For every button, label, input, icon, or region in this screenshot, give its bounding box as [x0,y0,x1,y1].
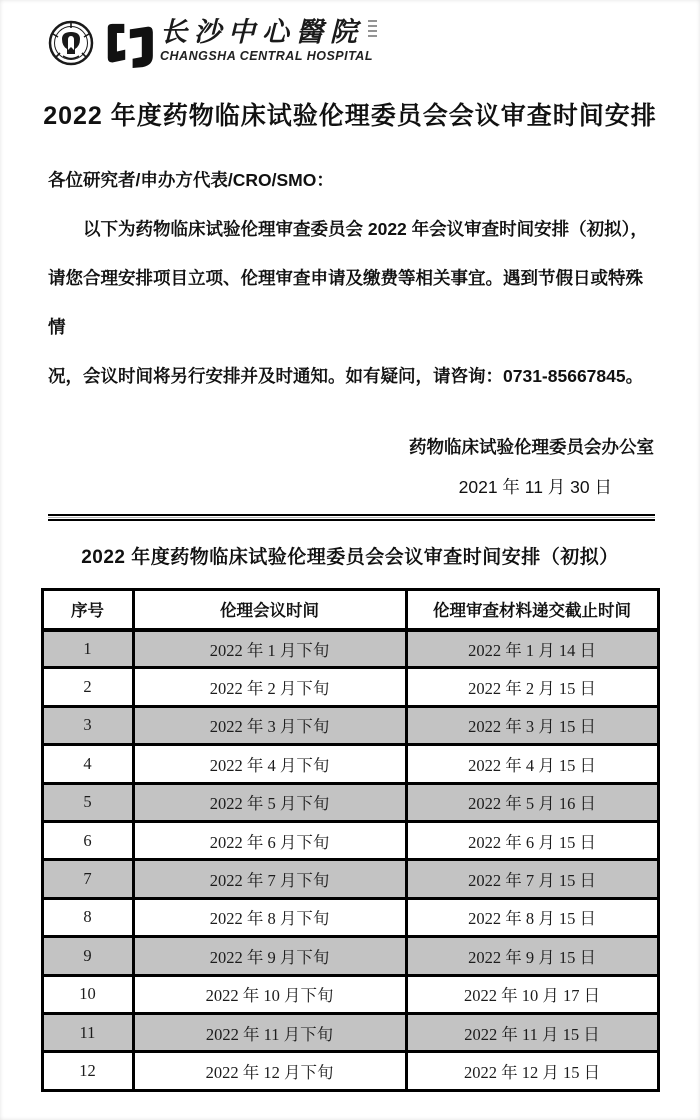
schedule-table-body: 12022 年 1 月下旬2022 年 1 月 14 日22022 年 2 月下… [42,630,658,1091]
deadline-cell: 2022 年 2 月 15 日 [406,668,658,706]
table-row: 122022 年 12 月下旬2022 年 12 月 15 日 [42,1052,658,1090]
hospital-name-block: 长沙中心醫院 CHANGSHA CENTRAL HOSPITAL [160,18,377,63]
row-number-cell: 5 [42,783,133,821]
hospital-name-en: CHANGSHA CENTRAL HOSPITAL [160,49,377,63]
document-title: 2022 年度药物临床试验伦理委员会会议审查时间安排 [0,96,700,132]
row-number-cell: 1 [42,630,133,668]
meeting-time-cell: 2022 年 10 月下旬 [133,975,406,1013]
column-header-meeting-time: 伦理会议时间 [133,590,406,630]
column-header-deadline: 伦理审查材料递交截止时间 [406,590,658,630]
meeting-time-cell: 2022 年 7 月下旬 [133,860,406,898]
section-divider [48,514,655,521]
table-row: 92022 年 9 月下旬2022 年 9 月 15 日 [42,937,658,975]
hospital-logo-mark-icon [102,22,154,68]
row-number-cell: 9 [42,937,133,975]
hospital-name-zh: 长沙中心醫院 [160,18,364,48]
meeting-time-cell: 2022 年 4 月下旬 [133,745,406,783]
body-line: 请您合理安排项目立项、伦理审查申请及缴费等相关事宜。遇到节假日或特殊情 [48,254,656,352]
meeting-time-cell: 2022 年 1 月下旬 [133,630,406,668]
meeting-time-cell: 2022 年 5 月下旬 [133,783,406,821]
deadline-cell: 2022 年 1 月 14 日 [406,630,658,668]
table-row: 62022 年 6 月下旬2022 年 6 月 15 日 [42,821,658,859]
deadline-cell: 2022 年 10 月 17 日 [406,975,658,1013]
row-number-cell: 10 [42,975,133,1013]
deadline-cell: 2022 年 5 月 16 日 [406,783,658,821]
meeting-time-cell: 2022 年 3 月下旬 [133,706,406,744]
row-number-cell: 6 [42,821,133,859]
row-number-cell: 3 [42,706,133,744]
table-row: 52022 年 5 月下旬2022 年 5 月 16 日 [42,783,658,821]
row-number-cell: 11 [42,1013,133,1051]
table-header-row: 序号 伦理会议时间 伦理审查材料递交截止时间 [42,590,658,630]
table-row: 22022 年 2 月下旬2022 年 2 月 15 日 [42,668,658,706]
meeting-time-cell: 2022 年 11 月下旬 [133,1013,406,1051]
table-row: 42022 年 4 月下旬2022 年 4 月 15 日 [42,745,658,783]
schedule-table: 序号 伦理会议时间 伦理审查材料递交截止时间 12022 年 1 月下旬2022… [41,588,660,1092]
deadline-cell: 2022 年 11 月 15 日 [406,1013,658,1051]
row-number-cell: 8 [42,898,133,936]
deadline-cell: 2022 年 7 月 15 日 [406,860,658,898]
meeting-time-cell: 2022 年 2 月下旬 [133,668,406,706]
row-number-cell: 12 [42,1052,133,1090]
row-number-cell: 7 [42,860,133,898]
document-page: 长沙中心醫院 CHANGSHA CENTRAL HOSPITAL 2022 年度… [0,0,700,1120]
table-row: 102022 年 10 月下旬2022 年 10 月 17 日 [42,975,658,1013]
seal-script-mark-icon [368,20,377,40]
deadline-cell: 2022 年 9 月 15 日 [406,937,658,975]
body-line: 况，会议时间将另行安排并及时通知。如有疑问，请咨询：0731-85667845。 [48,352,656,401]
meeting-time-cell: 2022 年 8 月下旬 [133,898,406,936]
row-number-cell: 2 [42,668,133,706]
row-number-cell: 4 [42,745,133,783]
letter-body: 各位研究者/申办方代表/CRO/SMO： 以下为药物临床试验伦理审查委员会 20… [48,156,656,401]
body-line: 以下为药物临床试验伦理审查委员会 2022 年会议审查时间安排（初拟）， [48,205,656,254]
table-row: 72022 年 7 月下旬2022 年 7 月 15 日 [42,860,658,898]
schedule-title: 2022 年度药物临床试验伦理委员会会议审查时间安排（初拟） [0,542,700,569]
deadline-cell: 2022 年 8 月 15 日 [406,898,658,936]
salutation: 各位研究者/申办方代表/CRO/SMO： [48,156,656,205]
signature-date: 2021 年 11 月 30 日 [0,474,612,499]
table-row: 12022 年 1 月下旬2022 年 1 月 14 日 [42,630,658,668]
hospital-seal-icon [48,20,94,66]
column-header-no: 序号 [42,590,133,630]
meeting-time-cell: 2022 年 6 月下旬 [133,821,406,859]
signature: 药物临床试验伦理委员会办公室 [0,434,654,459]
hospital-letterhead: 长沙中心醫院 CHANGSHA CENTRAL HOSPITAL [48,18,700,74]
meeting-time-cell: 2022 年 12 月下旬 [133,1052,406,1090]
table-row: 32022 年 3 月下旬2022 年 3 月 15 日 [42,706,658,744]
table-row: 112022 年 11 月下旬2022 年 11 月 15 日 [42,1013,658,1051]
deadline-cell: 2022 年 4 月 15 日 [406,745,658,783]
meeting-time-cell: 2022 年 9 月下旬 [133,937,406,975]
deadline-cell: 2022 年 12 月 15 日 [406,1052,658,1090]
table-row: 82022 年 8 月下旬2022 年 8 月 15 日 [42,898,658,936]
deadline-cell: 2022 年 6 月 15 日 [406,821,658,859]
deadline-cell: 2022 年 3 月 15 日 [406,706,658,744]
